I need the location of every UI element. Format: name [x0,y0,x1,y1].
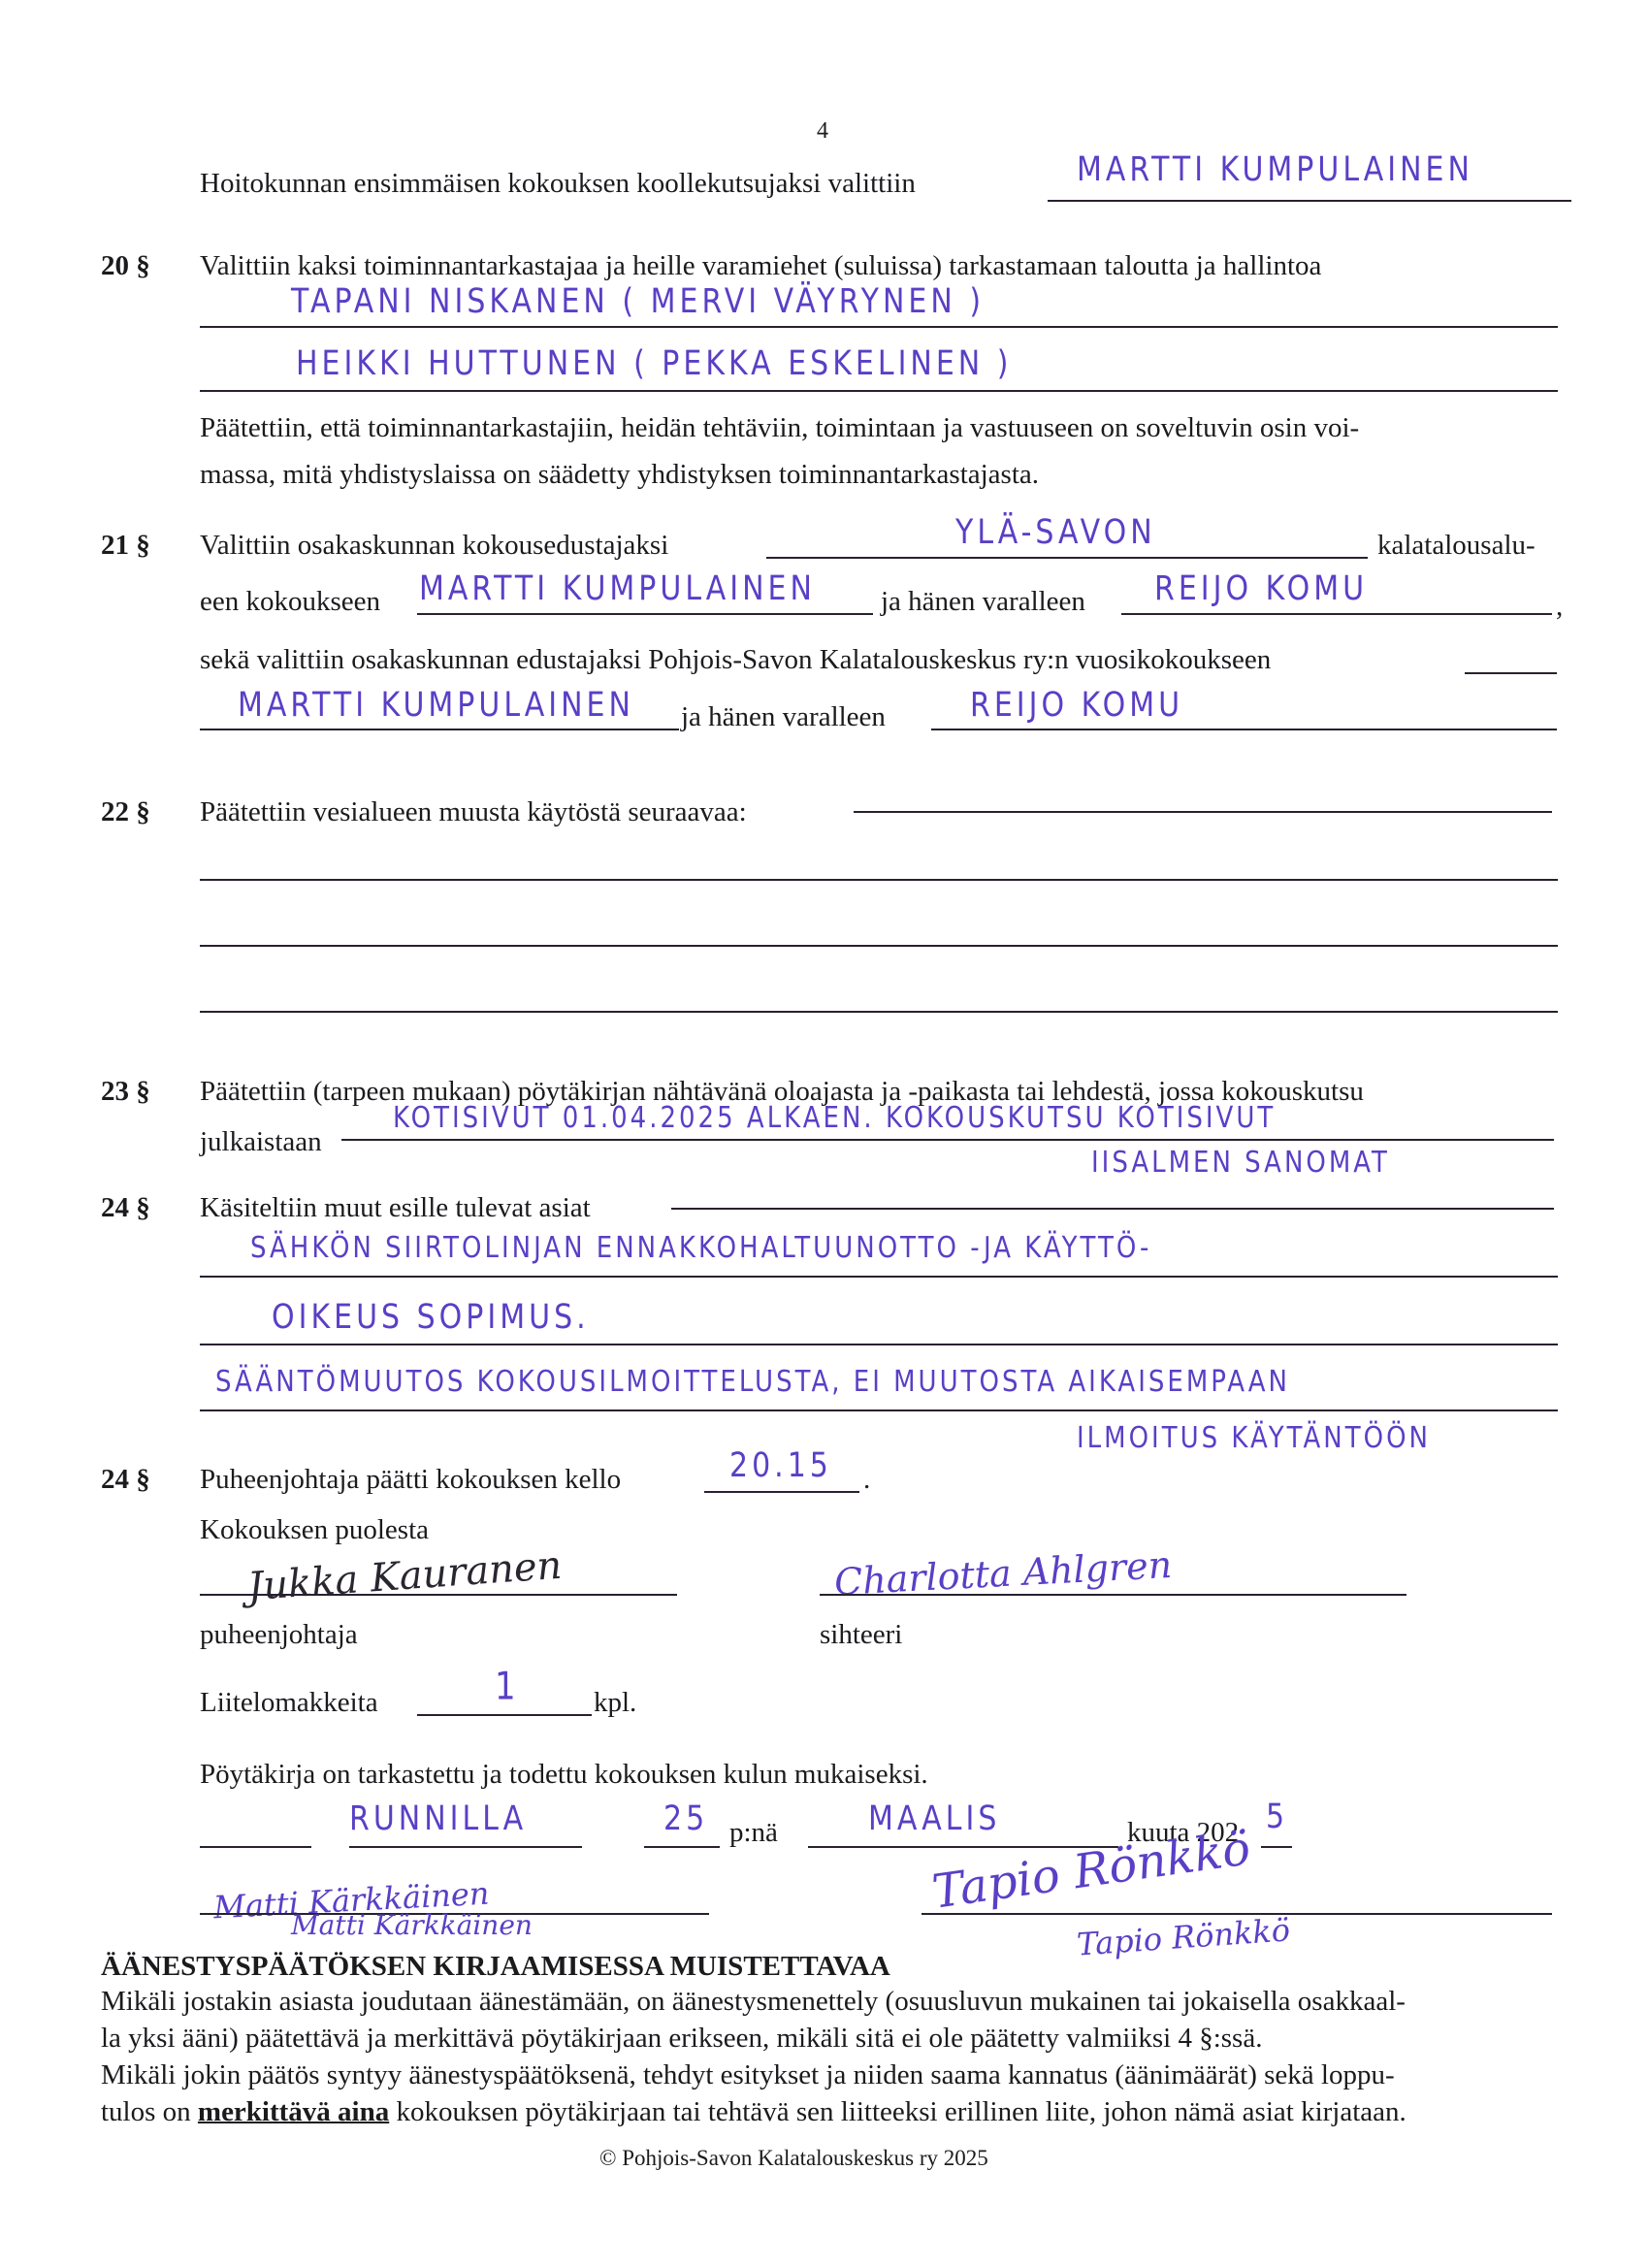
section-20-number: 20 § [101,249,150,282]
section-24a-answer-4[interactable]: ILMOITUS KÄYTÄNTÖÖN [1077,1422,1431,1456]
chair-label: puheenjohtaja [200,1618,358,1651]
attachments-line [417,1714,592,1716]
secretary-label: sihteeri [820,1618,902,1651]
section-24b-time[interactable]: 20.15 [729,1446,832,1485]
on-behalf-label: Kokouksen puolesta [200,1513,429,1546]
section-21-deputy-line [1121,613,1552,615]
voting-note-p2-l2-b: kokouksen pöytäkirjaan tai tehtävä sen l… [397,2096,1406,2127]
checker-2-name: Tapio Rönkkö [1076,1911,1291,1962]
section-22-line-3[interactable] [200,1011,1558,1013]
section-23-answer-extra[interactable]: IISALMEN SANOMAT [1091,1147,1390,1181]
section-24a-line-1 [200,1276,1558,1278]
chair-signature-line [200,1594,677,1596]
section-20-text: Valittiin kaksi toiminnantarkastajaa ja … [200,249,1321,282]
section-20-line-2 [200,390,1558,392]
section-21-text-e: sekä valittiin osakaskunnan edustajaksi … [200,643,1271,676]
section-24a-number: 24 § [101,1191,150,1224]
section-21-number: 21 § [101,529,150,562]
section-20-auditors-1[interactable]: TAPANI NISKANEN ( MERVI VÄYRYNEN ) [291,282,985,321]
section-21-text-b: kalatalousalu- [1377,529,1536,562]
section-23-line [341,1139,1554,1141]
section-21-e-line [1465,672,1557,674]
voting-note-emphasis: merkittävä aina [198,2096,389,2127]
section-22-number: 22 § [101,795,150,828]
verification-place-line [349,1846,582,1848]
attachments-unit: kpl. [594,1686,636,1719]
section-23-answer[interactable]: KOTISIVUT 01.04.2025 ALKAEN. KOKOUSKUTSU… [393,1102,1276,1136]
verification-place[interactable]: RUNNILLA [349,1799,527,1838]
section-22-line-2[interactable] [200,945,1558,947]
voting-note-title: ÄÄNESTYSPÄÄTÖKSEN KIRJAAMISESSA MUISTETT… [101,1950,890,1983]
verification-year-line [1261,1846,1292,1848]
intro-field-line [1048,200,1571,202]
section-21-deputy2-line [931,729,1557,730]
voting-note-p2-l2-a: tulos on [101,2096,191,2127]
section-24a-line-3 [200,1409,1558,1411]
section-21-text-f: ja hänen varalleen [681,700,886,733]
section-21-comma: , [1556,590,1563,623]
voting-note-p2-l2: tulos on merkittävä aina kokouksen pöytä… [101,2095,1406,2128]
section-23-text-b: julkaistaan [200,1125,322,1158]
checker-1-name: Matti Kärkkäinen [291,1909,533,1941]
attachments-count[interactable]: 1 [495,1665,520,1709]
section-21-text-c: een kokoukseen [200,585,380,618]
verification-day-line [644,1846,720,1848]
footer-copyright: © Pohjois-Savon Kalatalouskeskus ry 2025 [599,2142,988,2175]
verification-text: Pöytäkirja on tarkastettu ja todettu kok… [200,1758,928,1791]
voting-note-p1-l1: Mikäli jostakin asiasta joudutaan äänest… [101,1985,1406,2018]
section-24a-answer-2[interactable]: OIKEUS SOPIMUS. [272,1298,590,1337]
section-21-rep2-line [200,729,679,730]
section-20-auditors-2[interactable]: HEIKKI HUTTUNEN ( PEKKA ESKELINEN ) [296,344,1013,383]
section-21-rep2[interactable]: MARTTI KUMPULAINEN [238,686,634,725]
section-24b-time-line [704,1491,859,1493]
section-23-number: 23 § [101,1075,150,1108]
section-24b-period: . [863,1463,870,1496]
verification-line-pre [200,1846,311,1848]
section-21-rep-line [417,613,873,615]
section-24a-line-0 [671,1208,1554,1210]
intro-label: Hoitokunnan ensimmäisen kokouksen koolle… [200,167,916,200]
section-21-rep[interactable]: MARTTI KUMPULAINEN [419,569,816,608]
verification-year-digit[interactable]: 5 [1266,1798,1288,1836]
attachments-label: Liitelomakkeita [200,1686,378,1719]
section-21-text-d: ja hänen varalleen [881,585,1085,618]
section-22-line-0[interactable] [854,811,1552,813]
section-24a-text: Käsiteltiin muut esille tulevat asiat [200,1191,591,1224]
page-number: 4 [817,114,828,147]
voting-note-p1-l2: la yksi ääni) päätettävä ja merkittävä p… [101,2022,1262,2055]
section-24a-answer-3[interactable]: SÄÄNTÖMUUTOS KOKOUSILMOITTELUSTA, EI MUU… [215,1366,1290,1400]
section-20-line-1 [200,326,1558,328]
section-21-area-line [766,557,1368,559]
verification-day[interactable]: 25 [663,1799,708,1838]
chair-signature[interactable]: Jukka Kauranen [246,1543,564,1610]
secretary-signature-line [820,1594,1406,1596]
section-21-text-a: Valittiin osakaskunnan kokousedustajaksi [200,529,668,562]
section-24a-line-2 [200,1344,1558,1345]
voting-note-p2-l1: Mikäli jokin päätös syntyy äänestyspäätö… [101,2058,1395,2091]
section-21-deputy[interactable]: REIJO KOMU [1154,569,1368,608]
section-22-line-1[interactable] [200,879,1558,881]
section-24a-answer-1[interactable]: SÄHKÖN SIIRTOLINJAN ENNAKKOHALTUUNOTTO -… [250,1232,1151,1266]
section-20-note-1: Päätettiin, että toiminnantarkastajiin, … [200,411,1359,444]
section-21-deputy2[interactable]: REIJO KOMU [970,686,1183,725]
verification-month[interactable]: MAALIS [868,1799,1000,1838]
intro-value[interactable]: MARTTI KUMPULAINEN [1077,150,1473,189]
section-22-text: Päätettiin vesialueen muusta käytöstä se… [200,795,747,828]
section-24b-text: Puheenjohtaja päätti kokouksen kello [200,1463,621,1496]
verification-day-suffix: p:nä [729,1816,778,1849]
section-24b-number: 24 § [101,1463,150,1496]
section-20-note-2: massa, mitä yhdistyslaissa on säädetty y… [200,458,1039,491]
section-21-area[interactable]: YLÄ-SAVON [955,513,1156,552]
